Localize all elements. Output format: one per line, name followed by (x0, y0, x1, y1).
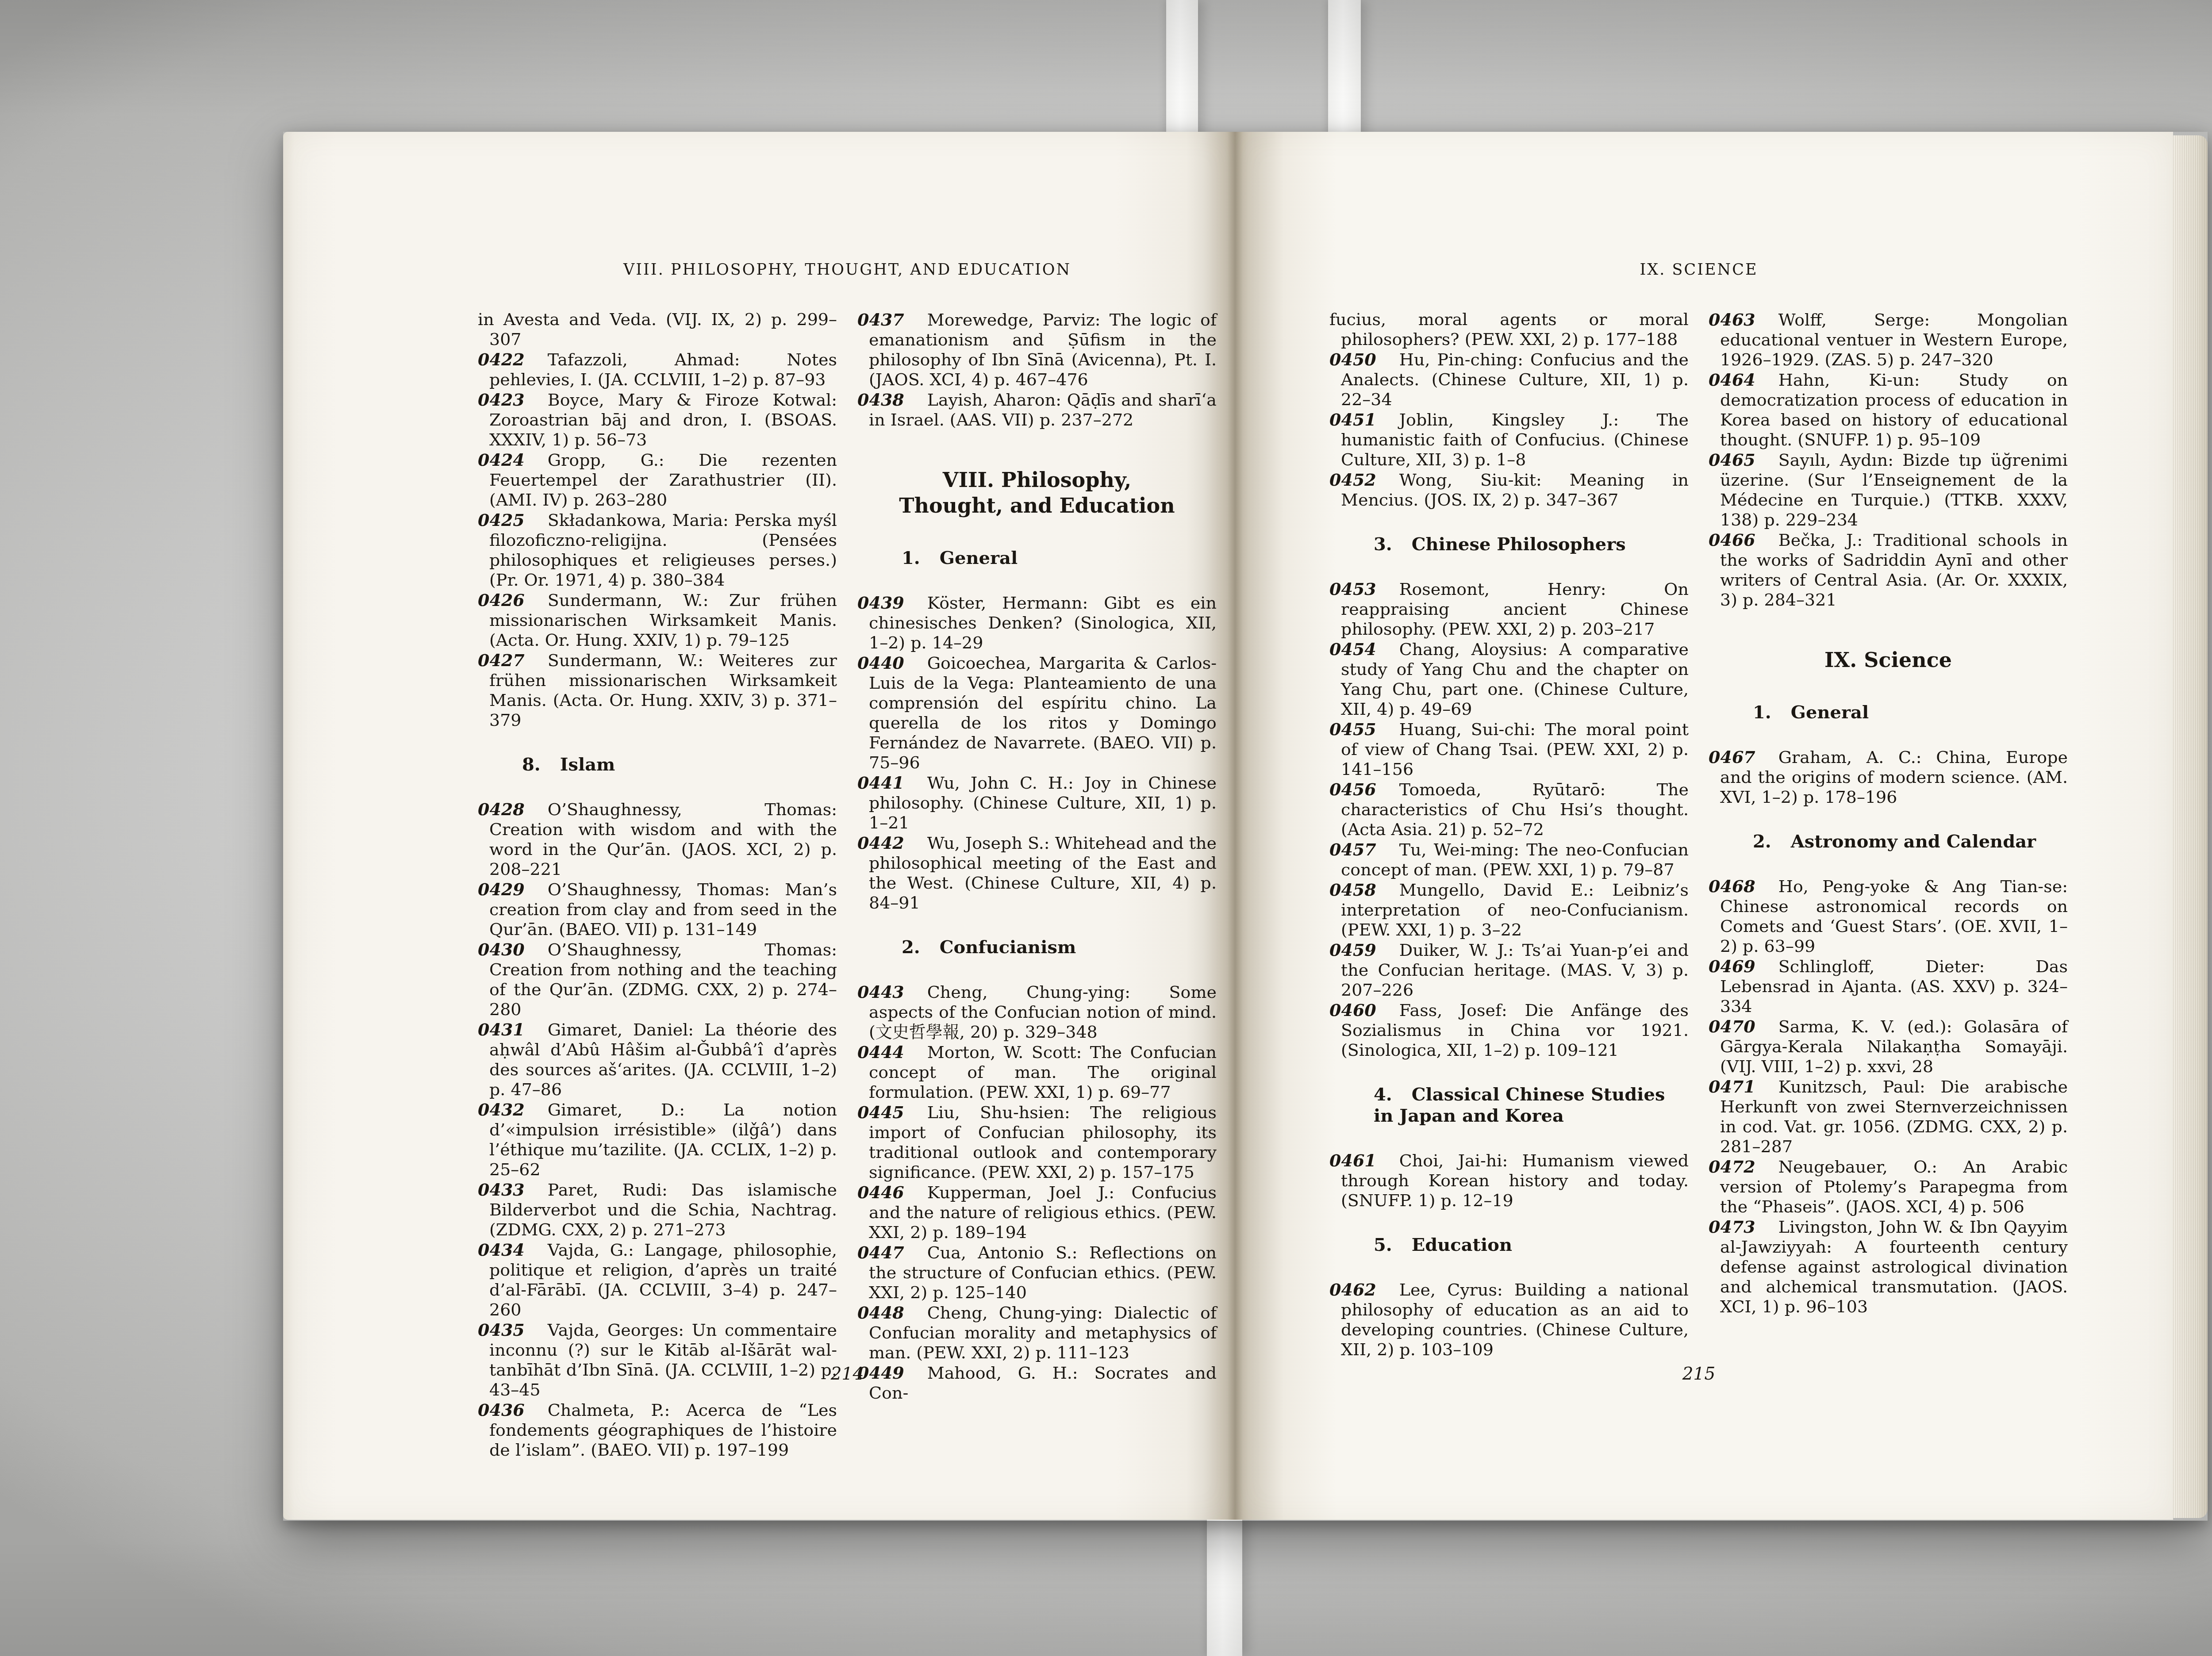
bib-entry: 0434Vajda, G.: Langage, philosophie, pol… (478, 1240, 837, 1320)
entry-number: 0444 (857, 1042, 904, 1062)
bib-entry: 0448Cheng, Chung-ying: Dialectic of Conf… (857, 1303, 1217, 1363)
entry-number: 0450 (1329, 349, 1376, 369)
bib-entry: 0455Huang, Sui-chi: The moral point of v… (1329, 719, 1689, 779)
entry-number: 0425 (478, 510, 525, 530)
page-stack-fore-edge (2173, 135, 2208, 1518)
bib-entry: 0425Składankowa, Maria: Perska myśl filo… (478, 510, 837, 590)
entry-number: 0441 (857, 773, 904, 793)
left-page-column-2: 0437Morewedge, Parviz: The logic of eman… (857, 310, 1217, 1403)
bib-entry: 0427Sundermann, W.: Weiteres zur frühen … (478, 650, 837, 730)
section-heading: 2.Confucianism (857, 937, 1217, 958)
entry-number: 0457 (1329, 839, 1376, 859)
section-heading: 1.General (1709, 702, 2068, 723)
entry-number: 0422 (478, 349, 525, 369)
entry-number: 0463 (1709, 310, 1755, 330)
entry-number: 0434 (478, 1240, 525, 1260)
right-running-header: IX. SCIENCE (1329, 261, 2068, 279)
bib-entry-continuation: fucius, moral agents or moral philosophe… (1329, 310, 1689, 349)
entry-number: 0473 (1709, 1217, 1755, 1237)
entry-number: 0448 (857, 1303, 904, 1322)
entry-number: 0464 (1709, 370, 1755, 390)
photo-of-open-book: VIII. PHILOSOPHY, THOUGHT, AND EDUCATION… (0, 0, 2212, 1656)
entry-number: 0443 (857, 982, 904, 1002)
bib-entry: 0454Chang, Aloysius: A comparative study… (1329, 639, 1689, 719)
entry-number: 0432 (478, 1100, 525, 1119)
bib-entry: 0453Rosemont, Henry: On reappraising anc… (1329, 579, 1689, 639)
section-number: 2. (902, 937, 920, 958)
entry-number: 0427 (478, 650, 525, 670)
entry-number: 0436 (478, 1400, 525, 1420)
entry-number: 0435 (478, 1320, 525, 1340)
bib-entry: 0470Sarma, K. V. (ed.): Golasāra of Gārg… (1709, 1016, 2068, 1077)
bib-entry: 0428O’Shaughnessy, Thomas: Creation with… (478, 799, 837, 879)
bib-entry: 0452Wong, Siu-kit: Meaning in Mencius. (… (1329, 470, 1689, 510)
bib-entry: 0473Livingston, John W. & Ibn Qayyim al-… (1709, 1217, 2068, 1317)
bib-entry: 0441Wu, John C. H.: Joy in Chinese philo… (857, 773, 1217, 833)
section-heading: 5.Education (1329, 1234, 1689, 1256)
bib-entry: 0451Joblin, Kingsley J.: The humanistic … (1329, 410, 1689, 470)
entry-number: 0447 (857, 1242, 904, 1262)
bib-entry: 0432Gimaret, D.: La notion d’«impulsion … (478, 1100, 837, 1180)
section-heading: 4.Classical Chinese Studies in Japan and… (1329, 1084, 1689, 1127)
bib-entry: 0456Tomoeda, Ryūtarō: The characteristic… (1329, 779, 1689, 839)
section-number: 1. (1753, 702, 1771, 723)
entry-number: 0458 (1329, 880, 1376, 900)
entry-number: 0424 (478, 450, 525, 470)
section-heading: 1.General (857, 548, 1217, 569)
entry-number: 0469 (1709, 956, 1755, 976)
left-page-column-1: in Avesta and Veda. (VIJ. IX, 2) p. 299–… (478, 310, 837, 1460)
bib-entry: 0461Choi, Jai-hi: Humanism viewed throug… (1329, 1150, 1689, 1211)
bib-entry: 0422Tafazzoli, Ahmad: Notes pehlevies, I… (478, 349, 837, 390)
entry-number: 0467 (1709, 747, 1755, 767)
bib-entry: 0423Boyce, Mary & Firoze Kotwal: Zoroast… (478, 390, 837, 450)
bib-entry: 0436Chalmeta, P.: Acerca de “Les fondeme… (478, 1400, 837, 1460)
entry-number: 0465 (1709, 450, 1755, 470)
bib-entry: 0430O’Shaughnessy, Thomas: Creation from… (478, 939, 837, 1020)
entry-number: 0438 (857, 390, 904, 410)
bib-entry: 0443Cheng, Chung-ying: Some aspects of t… (857, 982, 1217, 1042)
entry-number: 0459 (1329, 940, 1376, 960)
section-heading: 3.Chinese Philosophers (1329, 534, 1689, 555)
entry-number: 0472 (1709, 1157, 1755, 1177)
bib-entry: 0465Sayılı, Aydın: Bizde tıp üğrenimi üz… (1709, 450, 2068, 530)
section-number: 4. (1374, 1084, 1392, 1105)
entry-number: 0439 (857, 593, 904, 613)
entry-number: 0471 (1709, 1077, 1755, 1096)
bib-entry: 0462Lee, Cyrus: Building a national phil… (1329, 1280, 1689, 1360)
entry-number: 0460 (1329, 1000, 1376, 1020)
entry-number: 0453 (1329, 579, 1376, 599)
bib-entry: 0467Graham, A. C.: China, Europe and the… (1709, 747, 2068, 807)
right-page-column-2: 0463Wolff, Serge: Mongolian educational … (1709, 310, 2068, 1317)
bib-entry: 0458Mungello, David E.: Leibniz’s interp… (1329, 880, 1689, 940)
section-number: 2. (1753, 831, 1771, 852)
bib-entry: 0424Gropp, G.: Die rezenten Feuertempel … (478, 450, 837, 510)
bib-entry: 0469Schlingloff, Dieter: Das Lebensrad i… (1709, 956, 2068, 1016)
section-number: 3. (1374, 534, 1392, 555)
entry-number: 0468 (1709, 876, 1755, 896)
bib-entry: 0459Duiker, W. J.: Ts’ai Yuan-p’ei and t… (1329, 940, 1689, 1000)
entry-number: 0461 (1329, 1150, 1376, 1170)
bib-entry: 0472Neugebauer, O.: An Arabic version of… (1709, 1157, 2068, 1217)
bib-entry: 0442Wu, Joseph S.: Whitehead and the phi… (857, 833, 1217, 913)
left-page-number: 214 (478, 1364, 1217, 1384)
bib-entry: 0438Layish, Aharon: Qāḍīs and sharī‘a in… (857, 390, 1217, 430)
entry-number: 0466 (1709, 530, 1755, 550)
entry-number: 0451 (1329, 410, 1376, 429)
bib-entry: 0444Morton, W. Scott: The Confucian conc… (857, 1042, 1217, 1102)
bib-entry: 0439Köster, Hermann: Gibt es ein chinesi… (857, 593, 1217, 653)
entry-number: 0456 (1329, 779, 1376, 799)
entry-number: 0442 (857, 833, 904, 853)
section-heading: 8.Islam (478, 754, 837, 775)
right-page-number: 215 (1329, 1364, 2068, 1384)
chapter-heading: VIII. Philosophy, Thought, and Education (857, 467, 1217, 518)
bib-entry: 0445Liu, Shu-hsien: The religious import… (857, 1102, 1217, 1182)
bib-entry: 0433Paret, Rudi: Das islamische Bilderve… (478, 1180, 837, 1240)
bib-entry: 0460Fass, Josef: Die Anfänge des Soziali… (1329, 1000, 1689, 1060)
bib-entry: 0447Cua, Antonio S.: Reflections on the … (857, 1242, 1217, 1303)
entry-number: 0433 (478, 1180, 525, 1200)
entry-number: 0437 (857, 310, 904, 330)
bib-entry: 0431Gimaret, Daniel: La théorie des aḥwâ… (478, 1020, 837, 1100)
entry-number: 0462 (1329, 1280, 1376, 1299)
entry-number: 0452 (1329, 470, 1376, 490)
bib-entry-continuation: in Avesta and Veda. (VIJ. IX, 2) p. 299–… (478, 310, 837, 349)
section-number: 5. (1374, 1234, 1392, 1255)
right-page-column-1: fucius, moral agents or moral philosophe… (1329, 310, 1689, 1360)
entry-number: 0470 (1709, 1016, 1755, 1036)
open-book-spread: VIII. PHILOSOPHY, THOUGHT, AND EDUCATION… (283, 132, 2208, 1521)
entry-number: 0429 (478, 879, 525, 899)
bib-entry: 0437Morewedge, Parviz: The logic of eman… (857, 310, 1217, 390)
bib-entry: 0463Wolff, Serge: Mongolian educational … (1709, 310, 2068, 370)
bib-entry: 0468Ho, Peng-yoke & Ang Tian-se: Chinese… (1709, 876, 2068, 956)
bib-entry: 0466Bečka, J.: Traditional schools in th… (1709, 530, 2068, 610)
section-number: 1. (902, 548, 920, 568)
bib-entry: 0450Hu, Pin-ching: Confucius and the Ana… (1329, 349, 1689, 410)
bib-entry: 0457Tu, Wei-ming: The neo-Confucian conc… (1329, 839, 1689, 880)
bib-entry: 0471Kunitzsch, Paul: Die arabische Herku… (1709, 1077, 2068, 1157)
bib-entry: 0435Vajda, Georges: Un commentaire incon… (478, 1320, 837, 1400)
section-heading: 2.Astronomy and Calendar (1709, 831, 2068, 852)
section-number: 8. (522, 754, 541, 775)
entry-number: 0428 (478, 799, 525, 819)
entry-number: 0455 (1329, 719, 1376, 739)
bib-entry: 0440Goicoechea, Margarita & Carlos-Luis … (857, 653, 1217, 773)
entry-number: 0445 (857, 1102, 904, 1122)
bib-entry: 0426Sundermann, W.: Zur frühen missionar… (478, 590, 837, 650)
book-strap-bottom (1207, 1519, 1242, 1656)
entry-number: 0430 (478, 939, 525, 959)
bib-entry: 0446Kupperman, Joel J.: Confucius and th… (857, 1182, 1217, 1242)
entry-number: 0426 (478, 590, 525, 610)
entry-number: 0431 (478, 1020, 525, 1039)
chapter-heading: IX. Science (1709, 647, 2068, 673)
entry-number: 0454 (1329, 639, 1376, 659)
bib-entry: 0429O’Shaughnessy, Thomas: Man’s creatio… (478, 879, 837, 939)
entry-number: 0440 (857, 653, 904, 673)
left-running-header: VIII. PHILOSOPHY, THOUGHT, AND EDUCATION (478, 261, 1217, 279)
entry-number: 0446 (857, 1182, 904, 1202)
bib-entry: 0464Hahn, Ki-un: Study on democratizatio… (1709, 370, 2068, 450)
entry-number: 0423 (478, 390, 525, 410)
